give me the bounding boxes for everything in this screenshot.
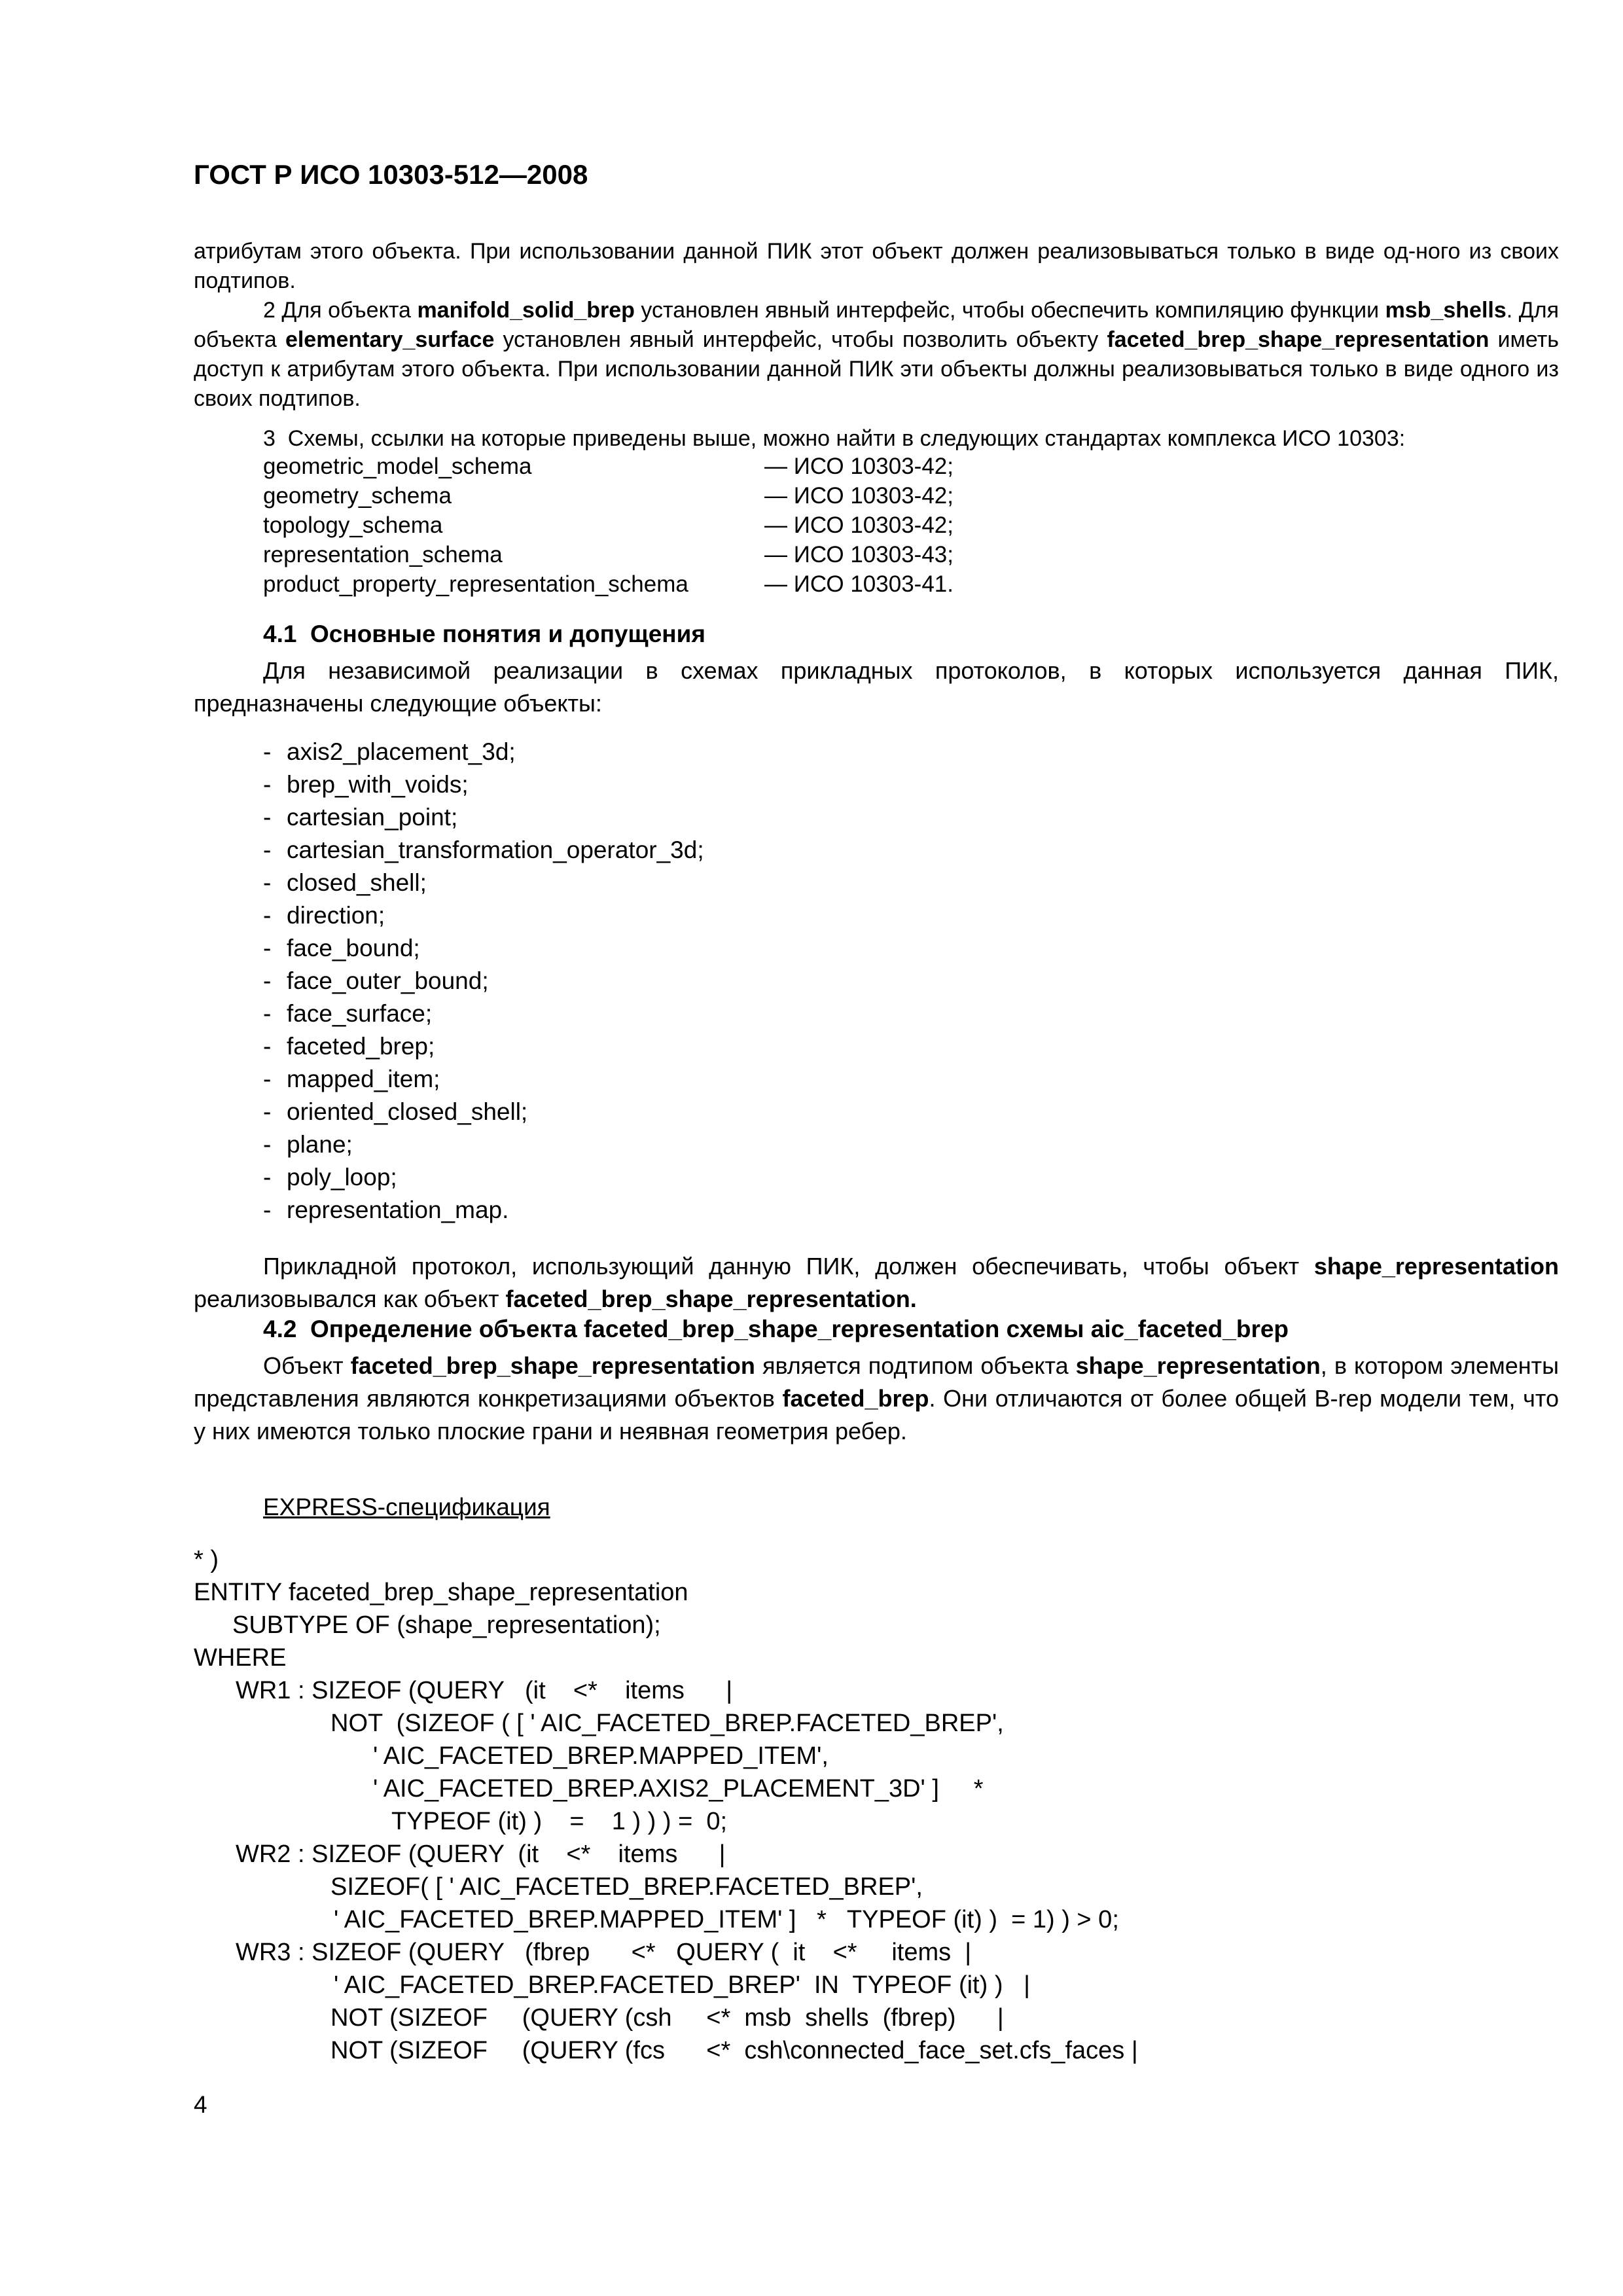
bullet-dash: - [263, 1164, 287, 1191]
note-continuation: атрибутам этого объекта. При использован… [194, 237, 1559, 296]
code-line: WR3 : SIZEOF (QUERY (fbrep <* QUERY ( it… [236, 1939, 971, 1967]
list-item: -faceted_brep; [263, 1033, 435, 1060]
list-item: -plane; [263, 1131, 353, 1158]
bullet-dash: - [263, 902, 287, 929]
bullet-dash: - [263, 869, 287, 897]
term-shape-representation: shape_representation [1076, 1352, 1321, 1379]
code-line: SUBTYPE OF (shape_representation); [232, 1611, 661, 1640]
list-item-label: poly_loop; [287, 1164, 397, 1191]
list-item-label: face_surface; [287, 1000, 432, 1027]
schema-row: topology_schema— ИСО 10303-42; [263, 512, 1179, 542]
schema-name: topology_schema [263, 512, 442, 539]
list-item: -face_bound; [263, 935, 420, 962]
bullet-dash: - [263, 771, 287, 798]
term-elementary-surface: elementary_surface [285, 327, 494, 352]
schema-row: product_property_representation_schema— … [263, 571, 1179, 601]
code-line: TYPEOF (it) ) = 1 ) ) ) = 0; [391, 1808, 727, 1836]
bullet-dash: - [263, 1098, 287, 1126]
section-4-2-paragraph: Объект faceted_brep_shape_representation… [194, 1350, 1559, 1448]
code-line: * ) [194, 1546, 219, 1574]
requirement-prefix: Прикладной протокол, использующий данную… [263, 1253, 1314, 1280]
bullet-dash: - [263, 1196, 287, 1224]
schema-name: product_property_representation_schema [263, 571, 688, 598]
section-4-2-title: 4.2 Определение объекта faceted_brep_sha… [263, 1316, 1289, 1343]
term-faceted-brep-shape-representation: faceted_brep_shape_representation [1107, 327, 1489, 352]
list-item: -mapped_item; [263, 1066, 440, 1093]
code-line: ' AIC_FACETED_BREP.MAPPED_ITEM' ] * TYPE… [334, 1906, 1119, 1934]
section-4-1-requirement: Прикладной протокол, использующий данную… [194, 1250, 1559, 1316]
schema-name: geometric_model_schema [263, 454, 531, 480]
code-line: ' AIC_FACETED_BREP.FACETED_BREP' IN TYPE… [334, 1971, 1030, 2000]
list-item: -face_surface; [263, 1000, 432, 1028]
list-item: -representation_map. [263, 1196, 508, 1224]
schema-row: geometry_schema— ИСО 10303-42; [263, 483, 1179, 512]
list-item-label: mapped_item; [287, 1066, 440, 1092]
code-line: ENTITY faceted_brep_shape_representation [194, 1579, 688, 1607]
code-line: ' AIC_FACETED_BREP.MAPPED_ITEM', [373, 1742, 829, 1770]
schema-ref: — ИСО 10303-41. [764, 571, 954, 598]
document-page: ГОСТ Р ИСО 10303-512—2008 атрибутам этог… [0, 0, 1623, 2296]
note-2-text-3: установлен явный интерфейс, чтобы позвол… [494, 327, 1107, 352]
list-item-label: plane; [287, 1131, 353, 1158]
bullet-dash: - [263, 1000, 287, 1028]
para-prefix: Объект [263, 1352, 351, 1379]
note-2: 2 Для объекта manifold_solid_brep устано… [194, 296, 1559, 414]
requirement-mid: реализовывался как объект [194, 1285, 505, 1312]
list-item-label: closed_shell; [287, 869, 427, 896]
list-item-label: representation_map. [287, 1196, 508, 1223]
list-item-label: faceted_brep; [287, 1033, 435, 1060]
schema-ref: — ИСО 10303-42; [764, 483, 954, 509]
list-item-label: face_outer_bound; [287, 967, 489, 994]
schema-ref: — ИСО 10303-42; [764, 512, 954, 539]
list-item: -face_outer_bound; [263, 967, 489, 995]
list-item: -poly_loop; [263, 1164, 397, 1191]
code-line: SIZEOF( [ ' AIC_FACETED_BREP.FACETED_BRE… [330, 1873, 923, 1901]
express-spec-label: EXPRESS-спецификация [263, 1494, 550, 1521]
list-item-label: brep_with_voids; [287, 771, 469, 798]
schema-ref: — ИСО 10303-42; [764, 454, 954, 480]
note-2-text-1: установлен явный интерфейс, чтобы обеспе… [635, 298, 1385, 323]
term-manifold-solid-brep: manifold_solid_brep [417, 298, 635, 323]
list-item: -closed_shell; [263, 869, 427, 897]
term-msb-shells: msb_shells [1385, 298, 1507, 323]
list-item: -axis2_placement_3d; [263, 738, 516, 766]
list-item-label: direction; [287, 902, 385, 929]
term-faceted-brep: faceted_brep [782, 1385, 929, 1412]
schema-ref: — ИСО 10303-43; [764, 542, 954, 568]
list-item-label: face_bound; [287, 935, 420, 961]
code-line: NOT (SIZEOF (QUERY (fcs <* csh\connected… [330, 2037, 1138, 2065]
bullet-dash: - [263, 1131, 287, 1158]
list-item: -brep_with_voids; [263, 771, 469, 798]
schema-row: representation_schema— ИСО 10303-43; [263, 542, 1179, 571]
list-item: -cartesian_transformation_operator_3d; [263, 836, 704, 864]
list-item-label: cartesian_transformation_operator_3d; [287, 836, 704, 863]
section-4-1-intro: Для независимой реализации в схемах прик… [194, 655, 1559, 720]
schema-name: representation_schema [263, 542, 503, 568]
code-line: WR1 : SIZEOF (QUERY (it <* items | [236, 1677, 732, 1705]
schema-row: geometric_model_schema— ИСО 10303-42; [263, 454, 1179, 483]
schema-name: geometry_schema [263, 483, 452, 509]
code-line: NOT (SIZEOF ( [ ' AIC_FACETED_BREP.FACET… [330, 1710, 1004, 1738]
list-item-label: axis2_placement_3d; [287, 738, 516, 765]
page-number: 4 [194, 2091, 207, 2119]
para-mid-1: является подтипом объекта [755, 1352, 1076, 1379]
term-faceted-brep-shape-representation: faceted_brep_shape_representation [351, 1352, 755, 1379]
term-shape-representation: shape_representation [1314, 1253, 1559, 1280]
note-3: 3 Схемы, ссылки на которые приведены выш… [263, 424, 1405, 454]
code-line: ' AIC_FACETED_BREP.AXIS2_PLACEMENT_3D' ]… [373, 1775, 984, 1803]
bullet-dash: - [263, 935, 287, 962]
bullet-dash: - [263, 1066, 287, 1093]
bullet-dash: - [263, 738, 287, 766]
code-line: WR2 : SIZEOF (QUERY (it <* items | [236, 1840, 726, 1869]
code-line: NOT (SIZEOF (QUERY (csh <* msb shells (f… [330, 2004, 1004, 2032]
bullet-dash: - [263, 967, 287, 995]
bullet-dash: - [263, 804, 287, 831]
document-header: ГОСТ Р ИСО 10303-512—2008 [194, 159, 588, 190]
term-faceted-brep-shape-representation: faceted_brep_shape_representation. [505, 1285, 916, 1312]
list-item: -oriented_closed_shell; [263, 1098, 527, 1126]
list-item: -direction; [263, 902, 385, 929]
note-2-prefix: 2 Для объекта [263, 298, 417, 323]
list-item-label: oriented_closed_shell; [287, 1098, 527, 1125]
section-4-1-title: 4.1 Основные понятия и допущения [263, 620, 705, 648]
list-item: -cartesian_point; [263, 804, 457, 831]
bullet-dash: - [263, 1033, 287, 1060]
list-item-label: cartesian_point; [287, 804, 457, 831]
code-line: WHERE [194, 1644, 286, 1672]
bullet-dash: - [263, 836, 287, 864]
